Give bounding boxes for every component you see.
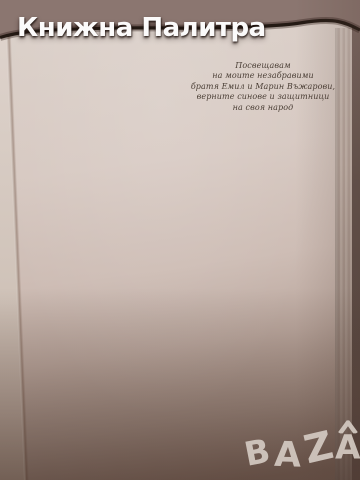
dedication-text: Посвещавам на моите незабравими братя Ем… <box>190 61 336 113</box>
book-photo: Посвещавам на моите незабравими братя Ем… <box>0 0 360 480</box>
dedication-line: братя Емил и Марин Въжарови, <box>190 82 336 92</box>
logo-letter: B <box>242 434 270 471</box>
background-right-strip <box>352 24 360 480</box>
dedication-line: верните синове и защитници <box>190 92 336 102</box>
store-watermark: Книжна Палитра <box>17 13 266 43</box>
dedication-line: на своя народ <box>190 103 336 113</box>
logo-letter: Z <box>300 426 333 469</box>
bazar-watermark: B A Z A R <box>243 426 360 467</box>
logo-letter: A <box>335 430 358 463</box>
logo-letter-glyph: A <box>335 430 358 463</box>
page-fore-edge <box>335 28 352 480</box>
bag-handle-icon <box>338 420 358 433</box>
dedication-line: Посвещавам <box>190 61 336 71</box>
logo-letter: A <box>273 436 298 471</box>
dedication-line: на моите незабравими <box>190 71 336 81</box>
